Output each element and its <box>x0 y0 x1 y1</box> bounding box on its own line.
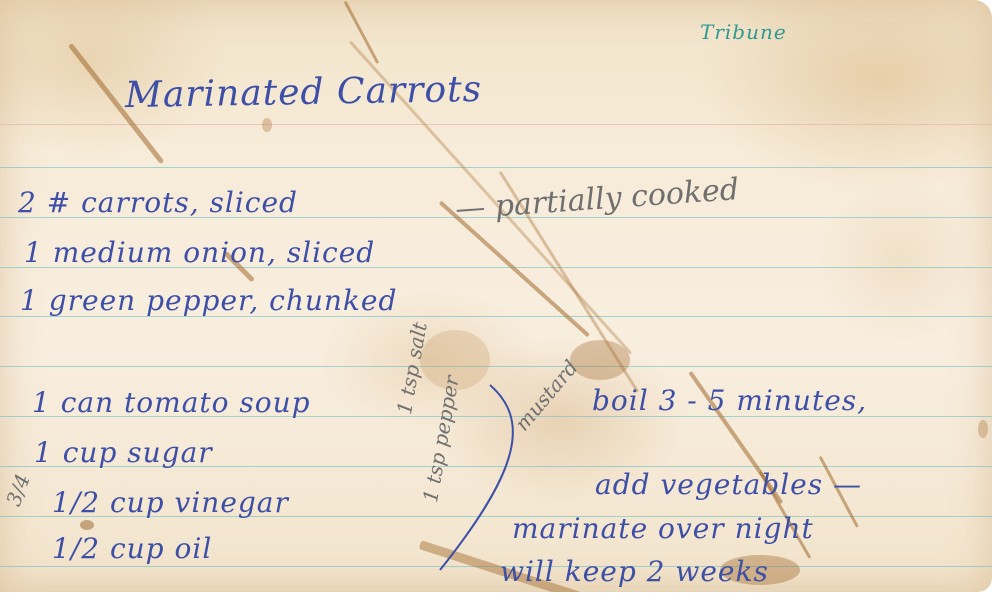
instruction-line: marinate over night <box>512 512 814 545</box>
instruction-line: boil 3 - 5 minutes, <box>592 384 867 417</box>
bracket-curve <box>0 0 992 592</box>
instruction-line: add vegetables — <box>595 468 862 501</box>
recipe-card: Tribune Marinated Carrots 2 # carrots, s… <box>0 0 992 592</box>
instruction-line: will keep 2 weeks <box>500 555 769 588</box>
